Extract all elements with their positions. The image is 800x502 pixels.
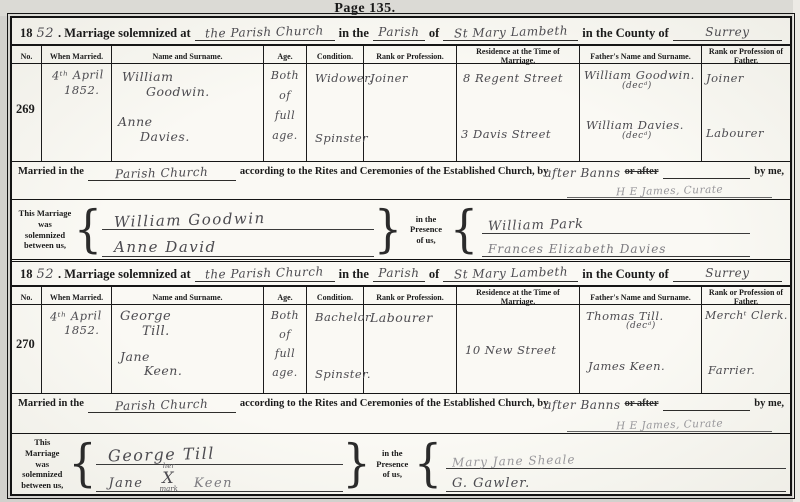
county-label: in the County of — [582, 267, 668, 282]
county-value: Surrey — [705, 25, 749, 39]
mark-mark-label: mark — [160, 486, 178, 493]
preamble-line: 1852 . Marriage solemnized at the Parish… — [12, 18, 790, 44]
married-in-value: Parish Church — [115, 397, 209, 413]
year-prefix: 18 — [20, 26, 33, 41]
bride-condition: Spinster — [315, 131, 368, 145]
blank-line — [663, 398, 751, 411]
cell-names: George Till. Jane Keen. — [112, 305, 264, 393]
shared-residence: 10 New Street — [465, 343, 556, 357]
couple-signatures: William Goodwin Anne David — [102, 202, 374, 257]
parish-name-value: St Mary Lambeth — [454, 265, 568, 282]
bride-father-note: (decᵈ) — [622, 131, 652, 141]
county-fill: Surrey — [673, 266, 782, 282]
cell-rank: Joiner — [364, 64, 457, 161]
cell-residence: 8 Regent Street 3 Davis Street — [457, 64, 580, 161]
parish-value: Parish — [378, 266, 419, 280]
groom-last-name: Goodwin. — [146, 84, 210, 99]
cell-father-rank: Merchᵗ Clerk. Farrier. — [702, 305, 790, 393]
by-me-label: by me, — [754, 166, 784, 177]
cell-number: 269 — [12, 64, 42, 161]
age-line: full — [275, 109, 295, 122]
solemnized-at-fill: the Parish Church — [195, 25, 335, 41]
cell-condition: Widower. Spinster — [307, 64, 364, 161]
witness-signatures: Mary Jane Sheale G. Gawler. — [446, 436, 786, 492]
officiant-signature-line: H E James, Curate — [567, 419, 772, 432]
when-married-value: 4ᵗʰ April — [52, 67, 104, 82]
witness-signature: William Park — [488, 217, 584, 235]
age-line: age. — [272, 366, 298, 379]
cell-age: Both of full age. — [264, 305, 307, 393]
groom-first-name: George — [120, 309, 171, 324]
groom-father-rank: Joiner — [706, 71, 744, 85]
presence-label: in the Presence of us, — [371, 448, 414, 480]
parish-name-fill: St Mary Lambeth — [443, 25, 578, 41]
solemnized-at-fill: the Parish Church — [195, 266, 335, 282]
bride-last-name: Keen. — [144, 363, 182, 378]
record-row: 270 4ᵗʰ April 1852. George Till. Jane Ke… — [12, 305, 790, 393]
officiant-signature-line: H E James, Curate — [567, 185, 772, 198]
left-brace: { — [68, 439, 96, 490]
in-the-label: in the — [339, 26, 369, 41]
bride-signature-last: Keen — [194, 476, 233, 491]
column-header-row: No. When Married. Name and Surname. Age.… — [12, 285, 790, 305]
year-prefix: 18 — [20, 267, 33, 282]
married-in-line: Married in the Parish Church according t… — [12, 161, 790, 199]
banns-value: after Banns — [544, 398, 620, 412]
bride-first-name: Anne — [118, 114, 153, 129]
groom-last-name: Till. — [142, 324, 170, 339]
groom-father-name: William Goodwin. — [584, 68, 695, 82]
age-line: of — [279, 328, 291, 341]
groom-rank: Labourer — [370, 310, 433, 325]
entry-270: 1852 . Marriage solemnized at the Parish… — [12, 262, 790, 494]
married-in-value: Parish Church — [115, 165, 209, 181]
age-line: Both — [271, 309, 299, 322]
rites-label: according to the Rites and Ceremonies of… — [240, 166, 549, 177]
cell-when-married: 4ᵗʰ April 1852. — [42, 305, 112, 393]
married-in-line: Married in the Parish Church according t… — [12, 393, 790, 433]
presence-label: in the Presence of us, — [402, 214, 450, 246]
when-married-year: 1852. — [64, 83, 99, 97]
bride-father-name: James Keen. — [588, 359, 665, 373]
bride-signature-line: Jane her X mark Keen — [96, 465, 342, 492]
parish-name-fill: St Mary Lambeth — [443, 266, 578, 282]
groom-rank: Joiner — [370, 71, 408, 85]
solemnized-label: . Marriage solemnized at — [58, 267, 191, 282]
left-brace: { — [74, 204, 102, 255]
rites-label: according to the Rites and Ceremonies of… — [240, 398, 549, 409]
cell-father-name: Thomas Till. (decᵈ) James Keen. — [580, 305, 702, 393]
age-line: full — [275, 347, 295, 360]
page-title: Page 135. — [0, 1, 730, 17]
witness-signature: Mary Jane Sheale — [452, 452, 576, 469]
county-value: Surrey — [705, 266, 749, 280]
married-in-label: Married in the — [18, 398, 84, 409]
couple-signatures: George Till Jane her X mark Keen — [96, 436, 342, 492]
this-marriage-label: This Marriage was solemnized between us, — [16, 437, 68, 490]
witness-signature-line: Mary Jane Sheale — [446, 446, 786, 469]
of-label: of — [429, 267, 439, 282]
groom-father-note: (decᵈ) — [626, 321, 656, 331]
bride-signature-first: Jane — [108, 476, 143, 491]
county-fill: Surrey — [673, 25, 782, 41]
parish-value: Parish — [378, 25, 419, 39]
officiant-signature: H E James, Curate — [616, 184, 723, 199]
by-me-label: by me, — [754, 398, 784, 409]
bride-father-name: William Davies. — [586, 118, 684, 132]
bride-signature: Anne David — [114, 238, 217, 256]
groom-signature-line: George Till — [96, 438, 342, 465]
right-brace: } — [374, 204, 402, 255]
or-after-label: or after — [625, 398, 659, 409]
age-line: of — [279, 89, 291, 102]
this-marriage-label: This Marriage was solemnized between us, — [16, 208, 74, 251]
banns-value: after Banns — [544, 166, 620, 180]
entry-number: 269 — [16, 102, 35, 117]
bride-last-name: Davies. — [140, 129, 190, 144]
groom-first-name: William — [122, 69, 173, 84]
signature-block: This Marriage was solemnized between us,… — [12, 433, 790, 494]
left-brace: { — [450, 204, 478, 255]
scan-right-margin — [793, 0, 800, 502]
cell-number: 270 — [12, 305, 42, 393]
cell-father-rank: Joiner Labourer — [702, 64, 790, 161]
groom-residence: 8 Regent Street — [463, 71, 563, 85]
parish-name-value: St Mary Lambeth — [454, 24, 568, 41]
blank-line — [663, 166, 751, 179]
cell-condition: Bachelor. Spinster. — [307, 305, 364, 393]
solemnized-label: . Marriage solemnized at — [58, 26, 191, 41]
witness-signature-line: Frances Elizabeth Davies — [482, 234, 750, 257]
witness-signature: Frances Elizabeth Davies — [488, 242, 666, 256]
signature-block: This Marriage was solemnized between us,… — [12, 199, 790, 259]
age-line: age. — [272, 129, 298, 142]
married-in-fill: Parish Church — [88, 398, 236, 413]
age-line: Both — [271, 69, 299, 82]
left-brace: { — [414, 439, 442, 490]
bride-first-name: Jane — [120, 349, 150, 364]
bride-signature-line: Anne David — [102, 230, 374, 257]
bride-mark: her X mark — [160, 463, 178, 493]
groom-father-rank: Merchᵗ Clerk. — [705, 309, 788, 322]
year-handwritten: 52 — [37, 26, 55, 41]
preamble-line: 1852 . Marriage solemnized at the Parish… — [12, 262, 790, 285]
when-married-year: 1852. — [64, 323, 99, 337]
groom-signature-line: William Goodwin — [102, 203, 374, 230]
cell-father-name: William Goodwin. (decᵈ) William Davies. … — [580, 64, 702, 161]
groom-signature: William Goodwin — [114, 209, 266, 231]
solemnized-at-value: the Parish Church — [205, 23, 324, 40]
solemnized-at-value: the Parish Church — [205, 264, 324, 281]
entry-269: 1852 . Marriage solemnized at the Parish… — [12, 18, 790, 259]
bride-father-rank: Farrier. — [708, 363, 755, 377]
parish-fill: Parish — [373, 266, 425, 282]
cell-when-married: 4ᵗʰ April 1852. — [42, 64, 112, 161]
witness-signatures: William Park Frances Elizabeth Davies — [482, 202, 750, 257]
mark-x: X — [162, 470, 175, 486]
groom-father-note: (decᵈ) — [622, 81, 652, 91]
cell-rank: Labourer — [364, 305, 457, 393]
witness-signature: G. Gawler. — [452, 476, 530, 491]
cell-names: William Goodwin. Anne Davies. — [112, 64, 264, 161]
bride-residence: 3 Davis Street — [461, 127, 551, 141]
cell-residence: 10 New Street — [457, 305, 580, 393]
cell-age: Both of full age. — [264, 64, 307, 161]
in-the-label: in the — [339, 267, 369, 282]
when-married-value: 4ᵗʰ April — [50, 308, 102, 323]
of-label: of — [429, 26, 439, 41]
year-handwritten: 52 — [37, 267, 55, 282]
or-after-label: or after — [625, 166, 659, 177]
entry-number: 270 — [16, 337, 35, 352]
married-in-label: Married in the — [18, 166, 84, 177]
parish-fill: Parish — [373, 25, 425, 41]
witness-signature-line: William Park — [482, 211, 750, 234]
record-row: 269 4ᵗʰ April 1852. William Goodwin. Ann… — [12, 64, 790, 161]
bride-father-rank: Labourer — [706, 126, 764, 140]
register-frame: 1852 . Marriage solemnized at the Parish… — [10, 16, 792, 496]
bride-condition: Spinster. — [315, 367, 371, 381]
witness-signature-line: G. Gawler. — [446, 469, 786, 492]
right-brace: } — [343, 439, 371, 490]
county-label: in the County of — [582, 26, 668, 41]
column-header-row: No. When Married. Name and Surname. Age.… — [12, 44, 790, 64]
married-in-fill: Parish Church — [88, 166, 236, 181]
officiant-signature: H E James, Curate — [616, 418, 723, 433]
